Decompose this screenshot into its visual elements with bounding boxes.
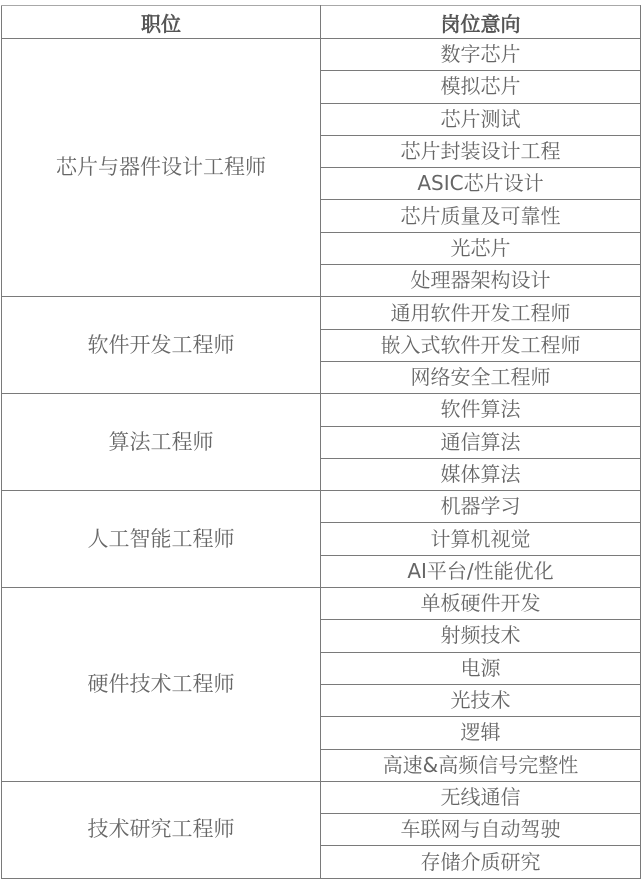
direction-cell: 数字芯片 <box>321 39 641 71</box>
direction-cell: AI平台/性能优化 <box>321 555 641 587</box>
direction-cell: 车联网与自动驾驶 <box>321 814 641 846</box>
position-cell: 人工智能工程师 <box>2 491 321 588</box>
header-position: 职位 <box>2 6 321 39</box>
position-cell: 算法工程师 <box>2 394 321 491</box>
direction-cell: 单板硬件开发 <box>321 588 641 620</box>
direction-cell: 媒体算法 <box>321 458 641 490</box>
direction-cell: 芯片质量及可靠性 <box>321 200 641 232</box>
job-positions-table: 职位 岗位意向 芯片与器件设计工程师 数字芯片 模拟芯片 芯片测试 芯片封装设计… <box>1 5 641 879</box>
table-row: 软件开发工程师 通用软件开发工程师 <box>2 297 641 329</box>
direction-cell: 射频技术 <box>321 620 641 652</box>
direction-cell: ASIC芯片设计 <box>321 168 641 200</box>
direction-cell: 模拟芯片 <box>321 71 641 103</box>
header-direction: 岗位意向 <box>321 6 641 39</box>
direction-cell: 高速&高频信号完整性 <box>321 749 641 781</box>
direction-cell: 光芯片 <box>321 232 641 264</box>
direction-cell: 嵌入式软件开发工程师 <box>321 329 641 361</box>
position-cell: 技术研究工程师 <box>2 781 321 878</box>
table-row: 技术研究工程师 无线通信 <box>2 781 641 813</box>
table-row: 算法工程师 软件算法 <box>2 394 641 426</box>
table-row: 人工智能工程师 机器学习 <box>2 491 641 523</box>
table-row: 硬件技术工程师 单板硬件开发 <box>2 588 641 620</box>
position-cell: 软件开发工程师 <box>2 297 321 394</box>
direction-cell: 无线通信 <box>321 781 641 813</box>
position-cell: 芯片与器件设计工程师 <box>2 39 321 297</box>
table-row: 芯片与器件设计工程师 数字芯片 <box>2 39 641 71</box>
direction-cell: 电源 <box>321 652 641 684</box>
direction-cell: 芯片测试 <box>321 103 641 135</box>
direction-cell: 芯片封装设计工程 <box>321 135 641 167</box>
direction-cell: 逻辑 <box>321 717 641 749</box>
direction-cell: 通信算法 <box>321 426 641 458</box>
direction-cell: 处理器架构设计 <box>321 265 641 297</box>
direction-cell: 通用软件开发工程师 <box>321 297 641 329</box>
direction-cell: 计算机视觉 <box>321 523 641 555</box>
header-row: 职位 岗位意向 <box>2 6 641 39</box>
direction-cell: 网络安全工程师 <box>321 361 641 393</box>
direction-cell: 软件算法 <box>321 394 641 426</box>
direction-cell: 机器学习 <box>321 491 641 523</box>
direction-cell: 存储介质研究 <box>321 846 641 878</box>
direction-cell: 光技术 <box>321 684 641 716</box>
position-cell: 硬件技术工程师 <box>2 588 321 782</box>
